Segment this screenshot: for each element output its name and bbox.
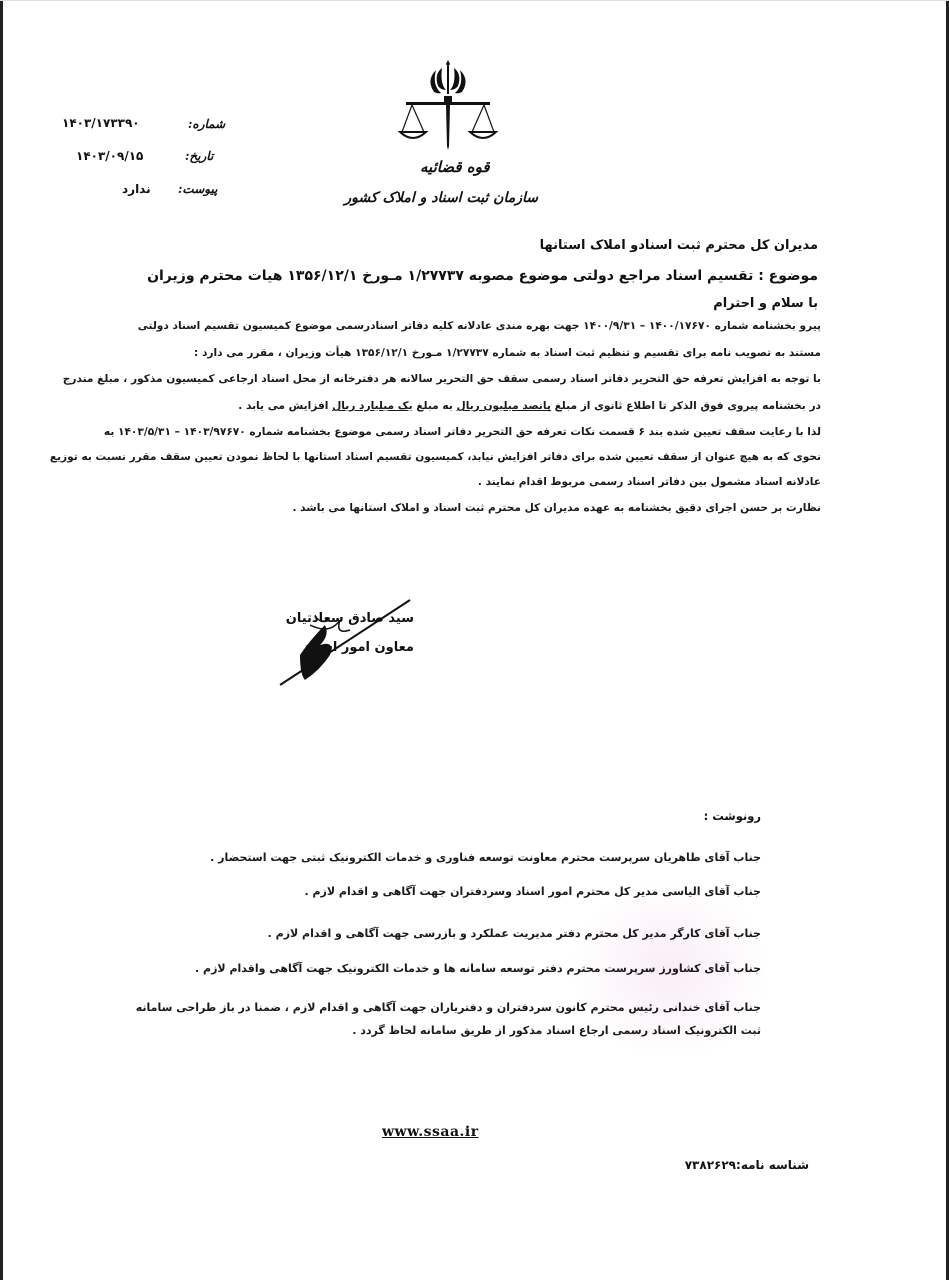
body-line: نحوی که به هیچ عنوان از سقف تعیین شده بر… (50, 451, 821, 463)
greeting: با سلام و احترام (713, 296, 818, 311)
amount-line: در بخشنامه پیروی فوق الذکر تا اطلاع ثانو… (238, 400, 821, 412)
attachment-label: پیوست: (178, 182, 217, 196)
old-amount: پانصد میلیون ریال (457, 400, 551, 412)
addressee: مدیران کل محترم ثبت اسنادو املاک استانها (540, 238, 818, 253)
number-value: ۱۴۰۳/۱۷۳۳۹۰ (62, 116, 140, 130)
page-border-left (0, 0, 3, 1280)
page-border-top (0, 0, 949, 1)
cc-item: جناب آقای خندانی رئیس محترم کانون سردفتر… (136, 1001, 761, 1014)
amount-middle: به مبلغ (413, 400, 457, 412)
cc-item: جناب آقای الیاسی مدیر کل محترم امور اسنا… (304, 885, 761, 898)
amount-suffix: افزایش می یابد . (238, 400, 332, 412)
scales-of-justice-emblem-icon (398, 58, 498, 158)
date-value: ۱۴۰۳/۰۹/۱۵ (76, 149, 143, 163)
number-label: شماره: (188, 117, 225, 131)
cc-item: ثبت الکترونیک اسناد رسمی ارجاع اسناد مذک… (352, 1024, 761, 1037)
organization-name: سازمان ثبت اسناد و املاک کشور (348, 190, 538, 206)
new-amount: یک میلیارد ریال (332, 400, 413, 412)
body-line: نظارت بر حسن اجرای دقیق بخشنامه به عهده … (292, 502, 821, 514)
subject: موضوع : تقسیم اسناد مراجع دولتی موضوع مص… (147, 268, 818, 284)
handwritten-signature-icon (270, 595, 420, 690)
date-label: تاریخ: (185, 149, 213, 163)
body-line: با توجه به افزایش تعرفه حق التحریر دفاتر… (63, 373, 821, 385)
letter-id: شناسه نامه:۷۳۸۲۶۲۹ (685, 1158, 809, 1172)
judiciary-name: قوه قضائیه (420, 158, 490, 176)
body-line: مستند به تصویب نامه برای تقسیم و تنظیم ث… (194, 347, 821, 359)
website-link[interactable]: www.ssaa.ir (382, 1124, 479, 1140)
amount-prefix: در بخشنامه پیروی فوق الذکر تا اطلاع ثانو… (551, 400, 821, 412)
cc-item: جناب آقای کشاورز سرپرست محترم دفتر توسعه… (195, 962, 761, 975)
attachment-value: ندارد (122, 182, 151, 196)
cc-title: رونوشت : (704, 809, 761, 823)
cc-item: جناب آقای کارگر مدیر کل محترم دفتر مدیری… (268, 927, 761, 940)
body-line: پیرو بخشنامه شماره ۱۴۰۰/۱۷۶۷۰ – ۱۴۰۰/۹/۳… (138, 320, 821, 332)
cc-item: جناب آقای طاهریان سرپرست محترم معاونت تو… (210, 851, 761, 864)
body-line: لذا با رعایت سقف تعیین شده بند ۶ قسمت نک… (104, 426, 821, 438)
body-line: عادلانه اسناد مشمول بین دفاتر اسناد رسمی… (478, 476, 821, 488)
